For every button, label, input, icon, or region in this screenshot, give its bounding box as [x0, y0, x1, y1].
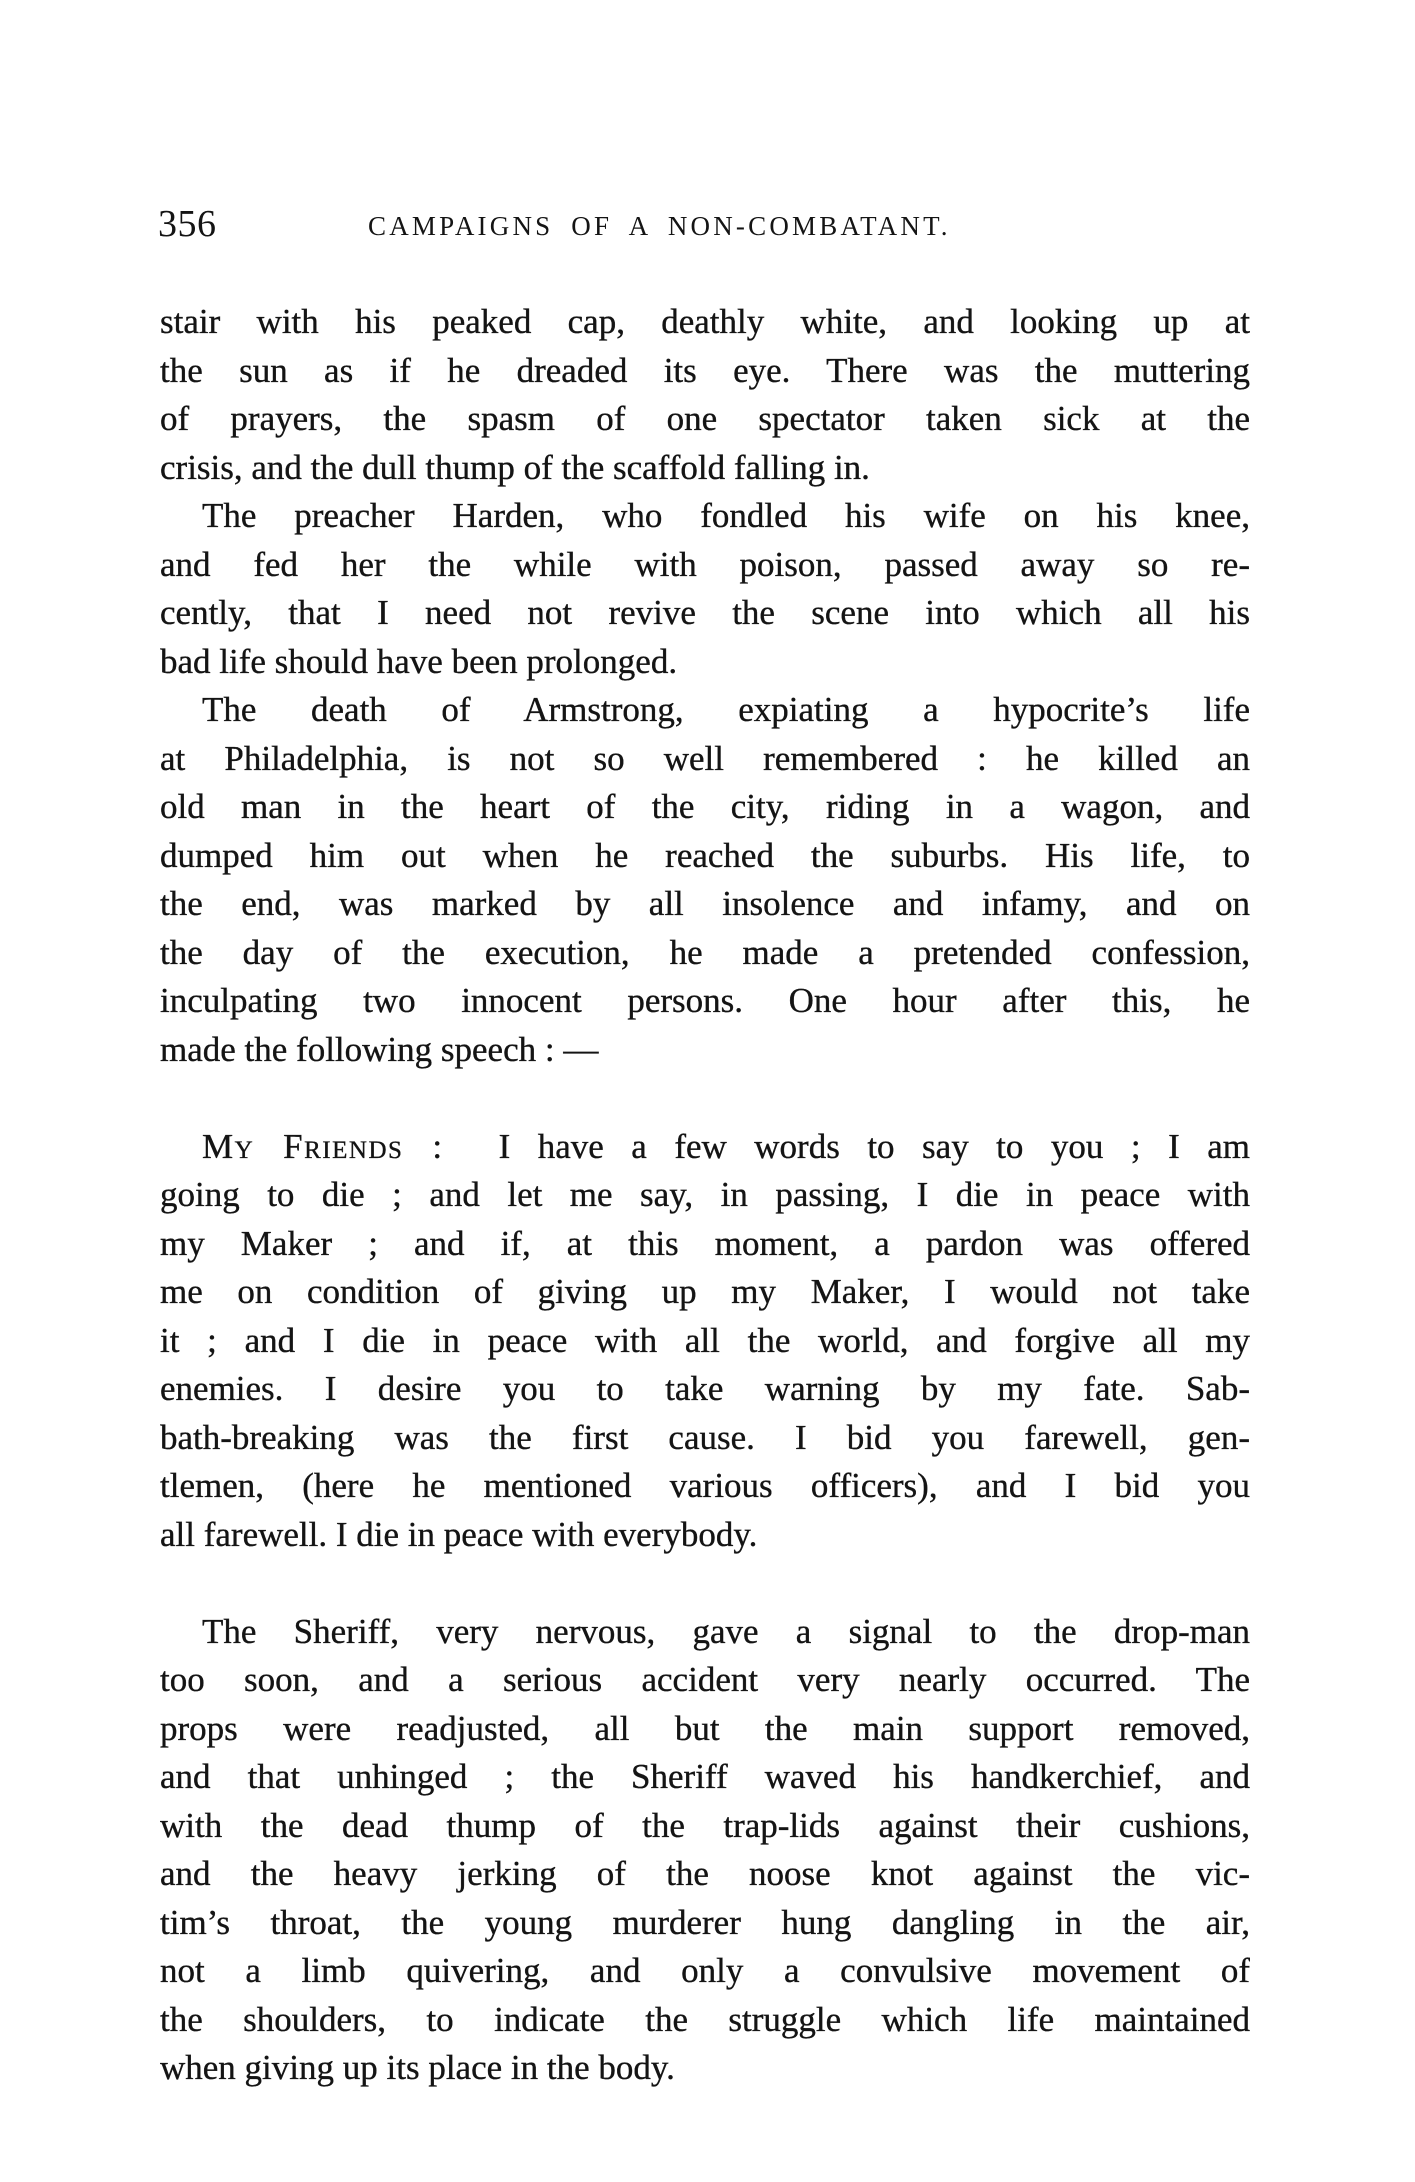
text-line: at Philadelphia, is not so well remember…	[160, 735, 1250, 784]
text-line: too soon, and a serious accident very ne…	[160, 1656, 1250, 1705]
text-line: and fed her the while with poison, passe…	[160, 541, 1250, 590]
text-line: when giving up its place in the body.	[160, 2044, 1250, 2093]
text-line: tlemen, (here he mentioned various offic…	[160, 1462, 1250, 1511]
text-line: dumped him out when he reached the subur…	[160, 832, 1250, 881]
text-line: the end, was marked by all insolence and…	[160, 880, 1250, 929]
paragraph-sheriff: The Sheriff, very nervous, gave a signal…	[160, 1608, 1250, 2093]
text-line: it ; and I die in peace with all the wor…	[160, 1317, 1250, 1366]
text-line: The death of Armstrong, expiating a hypo…	[160, 686, 1250, 735]
text-line: all farewell. I die in peace with everyb…	[160, 1511, 1250, 1560]
text-line: The Sheriff, very nervous, gave a signal…	[160, 1608, 1250, 1657]
text-line: cently, that I need not revive the scene…	[160, 589, 1250, 638]
text-line: bath-breaking was the first cause. I bid…	[160, 1414, 1250, 1463]
speech-block: My Friends : I have a few words to say t…	[160, 1123, 1250, 1560]
text-line: props were readjusted, all but the main …	[160, 1705, 1250, 1754]
paragraph-harden: The preacher Harden, who fondled his wif…	[160, 492, 1250, 686]
blank-line	[160, 1559, 1250, 1608]
paragraph-continuation: stair with his peaked cap, deathly white…	[160, 298, 1250, 492]
running-header: 356 CAMPAIGNS OF A NON-COMBATANT.	[158, 202, 1250, 246]
text-line: tim’s throat, the young murderer hung da…	[160, 1899, 1250, 1948]
blank-line	[160, 1074, 1250, 1123]
text-line: made the following speech : —	[160, 1026, 1250, 1075]
text-line: the day of the execution, he made a pret…	[160, 929, 1250, 978]
text-line: bad life should have been prolonged.	[160, 638, 1250, 687]
speech-salutation: My Friends :	[202, 1127, 444, 1166]
body-text: stair with his peaked cap, deathly white…	[160, 298, 1250, 2093]
text-line: stair with his peaked cap, deathly white…	[160, 298, 1250, 347]
text-line: the sun as if he dreaded its eye. There …	[160, 347, 1250, 396]
book-page: 356 CAMPAIGNS OF A NON-COMBATANT. stair …	[0, 0, 1415, 2182]
text-line: and that unhinged ; the Sheriff waved hi…	[160, 1753, 1250, 1802]
text-line: crisis, and the dull thump of the scaffo…	[160, 444, 1250, 493]
running-title: CAMPAIGNS OF A NON-COMBATANT.	[368, 206, 951, 246]
text-line: and the heavy jerking of the noose knot …	[160, 1850, 1250, 1899]
text-line: old man in the heart of the city, riding…	[160, 783, 1250, 832]
text-line: of prayers, the spasm of one spectator t…	[160, 395, 1250, 444]
text-line: me on condition of giving up my Maker, I…	[160, 1268, 1250, 1317]
text-line: with the dead thump of the trap-lids aga…	[160, 1802, 1250, 1851]
text-line: The preacher Harden, who fondled his wif…	[160, 492, 1250, 541]
text-line: inculpating two innocent persons. One ho…	[160, 977, 1250, 1026]
speech-text: I have a few words to say to you ; I am	[499, 1127, 1250, 1166]
text-line: not a limb quivering, and only a convuls…	[160, 1947, 1250, 1996]
text-line: my Maker ; and if, at this moment, a par…	[160, 1220, 1250, 1269]
text-line: the shoulders, to indicate the struggle …	[160, 1996, 1250, 2045]
text-line: going to die ; and let me say, in passin…	[160, 1171, 1250, 1220]
page-number: 356	[158, 202, 217, 246]
text-line: My Friends : I have a few words to say t…	[160, 1123, 1250, 1172]
paragraph-armstrong: The death of Armstrong, expiating a hypo…	[160, 686, 1250, 1074]
text-line: enemies. I desire you to take warning by…	[160, 1365, 1250, 1414]
